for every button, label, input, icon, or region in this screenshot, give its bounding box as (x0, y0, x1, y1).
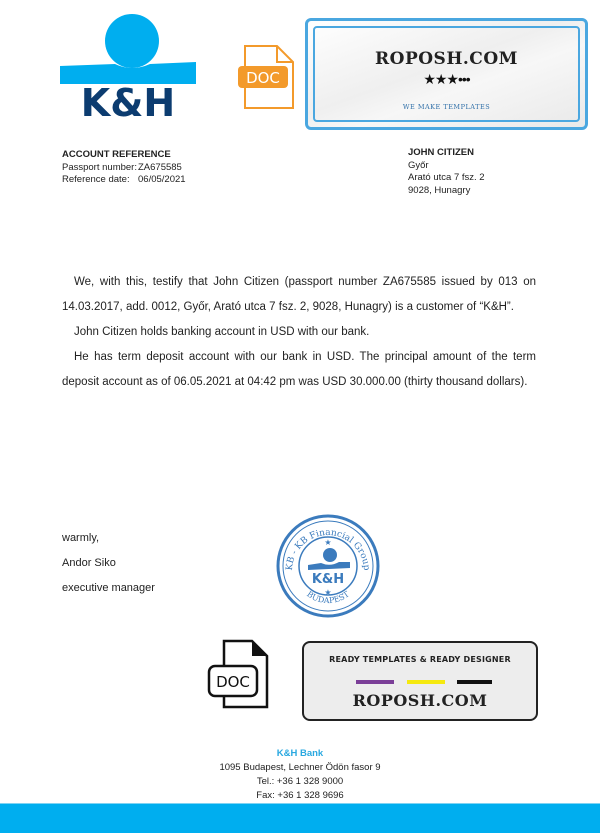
roposh-watermark-top: ROPOSH.COM ★★★••• WE MAKE TEMPLATES (305, 18, 588, 130)
svg-text:★: ★ (324, 588, 331, 597)
footer-fax: Fax: +36 1 328 9696 (0, 789, 600, 803)
roposh-watermark-bottom: READY TEMPLATES & READY DESIGNER ROPOSH.… (302, 641, 538, 721)
signature-block: warmly, Andor Siko executive manager (62, 526, 155, 601)
svg-text:★: ★ (324, 538, 331, 547)
color-bar (457, 680, 492, 684)
closing: warmly, (62, 526, 155, 551)
footer-bank-name: K&H Bank (0, 747, 600, 761)
kh-logo: K&H (60, 14, 200, 118)
svg-text:K&H: K&H (312, 572, 344, 587)
signer-title: executive manager (62, 576, 155, 601)
address-line: 9028, Hunagry (408, 185, 485, 198)
reference-date-row: Reference date:06/05/2021 (62, 174, 186, 187)
svg-text:DOC: DOC (246, 69, 280, 87)
color-bars (304, 680, 536, 684)
account-reference: ACCOUNT REFERENCE Passport number:ZA6755… (62, 149, 186, 187)
roposh-subtitle: READY TEMPLATES & READY DESIGNER (304, 655, 536, 664)
letter-paragraph: We, with this, testify that John Citizen… (62, 270, 536, 320)
letter-body: We, with this, testify that John Citizen… (62, 270, 536, 395)
roposh-tagline: WE MAKE TEMPLATES (308, 103, 585, 111)
bank-stamp: KB - KB Financial Group BUDAPEST ★ K&H ★ (275, 513, 381, 619)
svg-text:DOC: DOC (216, 673, 250, 691)
stars-icon: ★★★••• (308, 71, 585, 88)
footer-band (0, 803, 600, 833)
letter-paragraph: He has term deposit account with our ban… (62, 345, 536, 395)
account-reference-heading: ACCOUNT REFERENCE (62, 149, 186, 162)
footer-tel: Tel.: +36 1 328 9000 (0, 775, 600, 789)
doc-file-icon: DOC (237, 44, 297, 110)
passport-row: Passport number:ZA675585 (62, 162, 186, 175)
roposh-title: ROPOSH.COM (308, 49, 585, 69)
address-line: Győr (408, 160, 485, 173)
doc-file-icon: DOC (207, 639, 273, 709)
svg-text:K&H: K&H (81, 81, 175, 118)
footer-address: 1095 Budapest, Lechner Ödön fasor 9 (0, 761, 600, 775)
signer-name: Andor Siko (62, 551, 155, 576)
roposh-title: ROPOSH.COM (304, 691, 536, 710)
letter-paragraph: John Citizen holds banking account in US… (62, 320, 536, 345)
color-bar (407, 680, 445, 684)
address-line: Arató utca 7 fsz. 2 (408, 172, 485, 185)
footer: K&H Bank 1095 Budapest, Lechner Ödön fas… (0, 747, 600, 803)
color-bar (356, 680, 394, 684)
recipient-address: JOHN CITIZEN Győr Arató utca 7 fsz. 2 90… (408, 147, 485, 197)
recipient-name: JOHN CITIZEN (408, 147, 485, 160)
